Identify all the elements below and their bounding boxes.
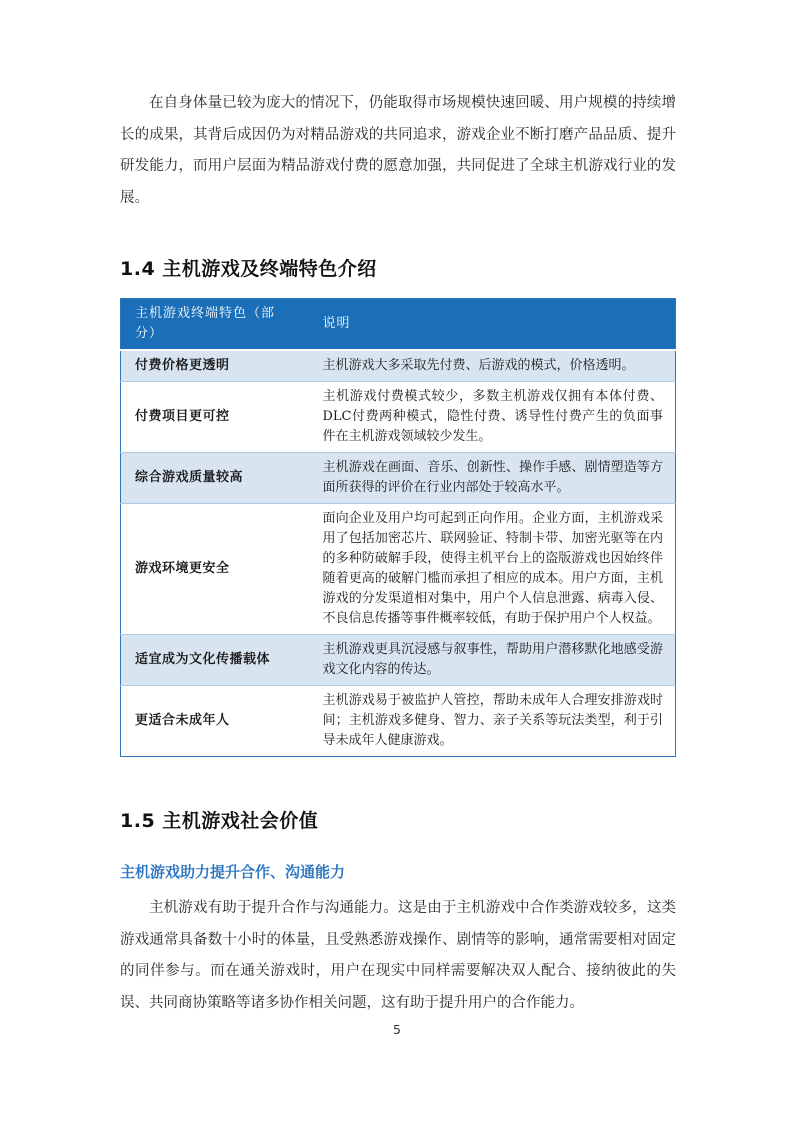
feature-cell: 付费价格更透明 [121, 350, 309, 382]
column-header-feature: 主机游戏终端特色（部分） [121, 299, 309, 351]
description-cell: 面向企业及用户均可起到正向作用。企业方面，主机游戏采用了包括加密芯片、联网验证、… [309, 504, 676, 635]
description-cell: 主机游戏更具沉浸感与叙事性，帮助用户潜移默化地感受游戏文化内容的传达。 [309, 635, 676, 686]
document-page: 在自身体量已较为庞大的情况下，仍能取得市场规模快速回暖、用户规模的持续增长的成果… [120, 0, 676, 1123]
description-cell: 主机游戏大多采取先付费、后游戏的模式，价格透明。 [309, 350, 676, 382]
feature-cell: 适宜成为文化传播载体 [121, 635, 309, 686]
section-title-1-4: 1.4 主机游戏及终端特色介绍 [120, 254, 676, 281]
column-header-description: 说明 [309, 299, 676, 351]
feature-table: 主机游戏终端特色（部分） 说明 付费价格更透明 主机游戏大多采取先付费、后游戏的… [120, 298, 676, 757]
intro-paragraph: 在自身体量已较为庞大的情况下，仍能取得市场规模快速回暖、用户规模的持续增长的成果… [120, 88, 676, 214]
description-cell: 主机游戏付费模式较少，多数主机游戏仅拥有本体付费、DLC付费两种模式，隐性付费、… [309, 382, 676, 453]
feature-cell: 付费项目更可控 [121, 382, 309, 453]
section-title-1-5: 1.5 主机游戏社会价值 [120, 806, 676, 833]
table-row: 更适合未成年人 主机游戏易于被监护人管控，帮助未成年人合理安排游戏时间；主机游戏… [121, 686, 676, 757]
table-row: 游戏环境更安全 面向企业及用户均可起到正向作用。企业方面，主机游戏采用了包括加密… [121, 504, 676, 635]
social-value-paragraph: 主机游戏有助于提升合作与沟通能力。这是由于主机游戏中合作类游戏较多，这类游戏通常… [120, 893, 676, 1019]
subsection-title-cooperation: 主机游戏助力提升合作、沟通能力 [120, 861, 676, 882]
feature-cell: 综合游戏质量较高 [121, 453, 309, 504]
page-number: 5 [0, 1022, 794, 1037]
table-row: 综合游戏质量较高 主机游戏在画面、音乐、创新性、操作手感、剧情塑造等方面所获得的… [121, 453, 676, 504]
feature-table-header: 主机游戏终端特色（部分） 说明 [121, 299, 676, 351]
table-row: 付费项目更可控 主机游戏付费模式较少，多数主机游戏仅拥有本体付费、DLC付费两种… [121, 382, 676, 453]
description-cell: 主机游戏易于被监护人管控，帮助未成年人合理安排游戏时间；主机游戏多健身、智力、亲… [309, 686, 676, 757]
description-cell: 主机游戏在画面、音乐、创新性、操作手感、剧情塑造等方面所获得的评价在行业内部处于… [309, 453, 676, 504]
table-row: 适宜成为文化传播载体 主机游戏更具沉浸感与叙事性，帮助用户潜移默化地感受游戏文化… [121, 635, 676, 686]
table-header-row: 主机游戏终端特色（部分） 说明 [121, 299, 676, 351]
feature-cell: 游戏环境更安全 [121, 504, 309, 635]
feature-cell: 更适合未成年人 [121, 686, 309, 757]
table-row: 付费价格更透明 主机游戏大多采取先付费、后游戏的模式，价格透明。 [121, 350, 676, 382]
